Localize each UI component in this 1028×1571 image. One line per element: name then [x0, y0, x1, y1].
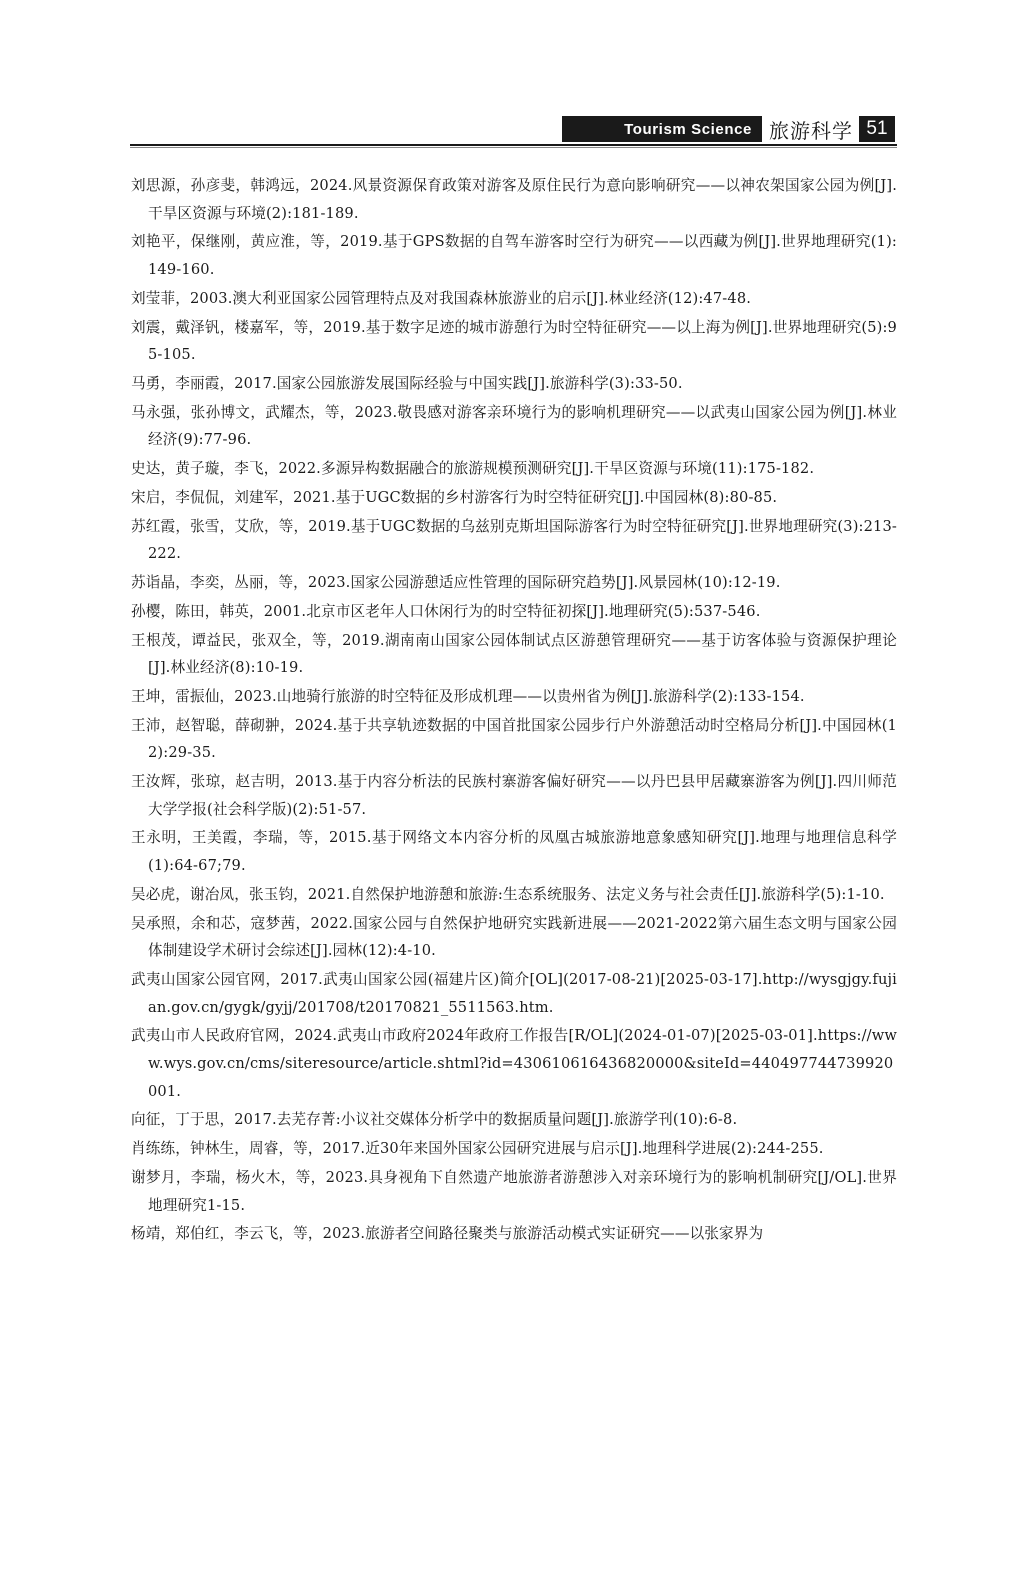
page-number: 51 — [859, 116, 895, 142]
reference-item: 杨靖，郑伯红，李云飞，等，2023.旅游者空间路径聚类与旅游活动模式实证研究——… — [131, 1220, 897, 1248]
reference-item: 宋启，李侃侃，刘建军，2021.基于UGC数据的乡村游客行为时空特征研究[J].… — [131, 484, 897, 512]
reference-item: 谢梦月，李瑞，杨火木，等，2023.具身视角下自然遗产地旅游者游憩涉入对亲环境行… — [131, 1164, 897, 1219]
reference-item: 刘思源，孙彦斐，韩鸿远，2024.风景资源保育政策对游客及原住民行为意向影响研究… — [131, 172, 897, 227]
reference-item: 马勇，李丽霞，2017.国家公园旅游发展国际经验与中国实践[J].旅游科学(3)… — [131, 370, 897, 398]
reference-item: 苏红霞，张雪，艾欣，等，2019.基于UGC数据的乌兹别克斯坦国际游客行为时空特… — [131, 513, 897, 568]
header-rule — [130, 144, 897, 146]
reference-item: 史达，黄子璇，李飞，2022.多源异构数据融合的旅游规模预测研究[J].干旱区资… — [131, 455, 897, 483]
reference-item: 肖练练，钟林生，周睿，等，2017.近30年来国外国家公园研究进展与启示[J].… — [131, 1135, 897, 1163]
reference-item: 刘震，戴泽钒，楼嘉军，等，2019.基于数字足迹的城市游憩行为时空特征研究——以… — [131, 314, 897, 369]
journal-title-english: Tourism Science — [562, 116, 762, 142]
reference-item: 马永强，张孙博文，武耀杰，等，2023.敬畏感对游客亲环境行为的影响机理研究——… — [131, 399, 897, 454]
reference-item: 王沛，赵智聪，薛砌翀，2024.基于共享轨迹数据的中国首批国家公园步行户外游憩活… — [131, 712, 897, 767]
reference-item: 武夷山国家公园官网，2017.武夷山国家公园(福建片区)简介[OL](2017-… — [131, 966, 897, 1021]
reference-item: 王坤，雷振仙，2023.山地骑行旅游的时空特征及形成机理——以贵州省为例[J].… — [131, 683, 897, 711]
reference-item: 吴必虎，谢冶凤，张玉钧，2021.自然保护地游憩和旅游:生态系统服务、法定义务与… — [131, 881, 897, 909]
reference-item: 向征，丁于思，2017.去芜存菁:小议社交媒体分析学中的数据质量问题[J].旅游… — [131, 1106, 897, 1134]
reference-item: 王根茂，谭益民，张双全，等，2019.湖南南山国家公园体制试点区游憩管理研究——… — [131, 627, 897, 682]
reference-item: 武夷山市人民政府官网，2024.武夷山市政府2024年政府工作报告[R/OL](… — [131, 1022, 897, 1105]
reference-item: 刘艳平，保继刚，黄应淮，等，2019.基于GPS数据的自驾车游客时空行为研究——… — [131, 228, 897, 283]
reference-item: 刘莹菲，2003.澳大利亚国家公园管理特点及对我国森林旅游业的启示[J].林业经… — [131, 285, 897, 313]
reference-item: 王汝辉，张琼，赵吉明，2013.基于内容分析法的民族村寨游客偏好研究——以丹巴县… — [131, 768, 897, 823]
reference-item: 吴承照，余和芯，寇梦茜，2022.国家公园与自然保护地研究实践新进展——2021… — [131, 910, 897, 965]
reference-item: 王永明，王美霞，李瑞，等，2015.基于网络文本内容分析的凤凰古城旅游地意象感知… — [131, 824, 897, 879]
reference-list: 刘思源，孙彦斐，韩鸿远，2024.风景资源保育政策对游客及原住民行为意向影响研究… — [131, 172, 897, 1249]
header-rule-thin — [130, 147, 897, 148]
reference-item: 苏诣晶，李奕，丛丽，等，2023.国家公园游憩适应性管理的国际研究趋势[J].风… — [131, 569, 897, 597]
reference-item: 孙樱，陈田，韩英，2001.北京市区老年人口休闲行为的时空特征初探[J].地理研… — [131, 598, 897, 626]
journal-title-chinese: 旅游科学 — [762, 116, 859, 142]
header-title-group: Tourism Science 旅游科学 51 — [562, 116, 895, 142]
running-header: Tourism Science 旅游科学 51 — [130, 116, 897, 148]
